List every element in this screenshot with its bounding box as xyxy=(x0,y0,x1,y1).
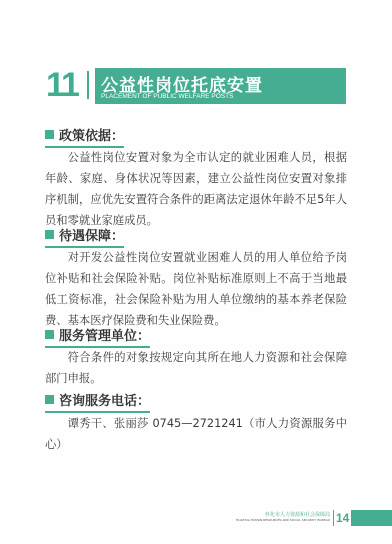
section-heading-label: 待遇保障： xyxy=(59,225,124,244)
page-subtitle: PLACEMENT OF PUBLIC WELFARE POSTS xyxy=(101,93,233,100)
title-banner: 公益性岗位托底安置 PLACEMENT OF PUBLIC WELFARE PO… xyxy=(95,68,346,104)
footer-org-cn: 怀化市人力资源和社会保障局 xyxy=(265,511,330,518)
section-body-management: 符合条件的对象按规定向其所在地人力资源和社会保障部门申报。 xyxy=(45,347,347,389)
section-heading-contact: 咨询服务电话： xyxy=(45,390,150,413)
section-heading-label: 服务管理单位： xyxy=(59,325,150,344)
square-bullet-icon xyxy=(45,230,54,239)
square-bullet-icon xyxy=(45,130,54,139)
section-heading-benefits: 待遇保障： xyxy=(45,225,124,248)
square-bullet-icon xyxy=(45,330,54,339)
footer-org-en: HUAIHUA HUMAN RESOURCES AND SOCIAL SECUR… xyxy=(236,518,330,522)
section-body-contact: 谭秀干、张丽莎 0745—2721241（市人力资源服务中心） xyxy=(45,413,347,455)
section-number: 11 xyxy=(46,68,78,102)
section-body-benefits: 对开发公益性岗位安置就业困难人员的用人单位给予岗位补贴和社会保险补贴。岗位补贴标… xyxy=(45,247,347,331)
section-body-policy: 公益性岗位安置对象为全市认定的就业困难人员，根据年龄、家庭、身体状况等因素，建立… xyxy=(45,147,347,231)
section-heading-policy: 政策依据： xyxy=(45,125,124,148)
section-heading-label: 咨询服务电话： xyxy=(59,390,150,409)
page-number: 14 xyxy=(336,510,349,526)
title-divider xyxy=(87,71,89,99)
section-heading-label: 政策依据： xyxy=(59,125,124,144)
section-heading-management: 服务管理单位： xyxy=(45,325,150,348)
footer-bar xyxy=(351,510,392,526)
square-bullet-icon xyxy=(45,395,54,404)
footer-divider xyxy=(333,510,334,526)
